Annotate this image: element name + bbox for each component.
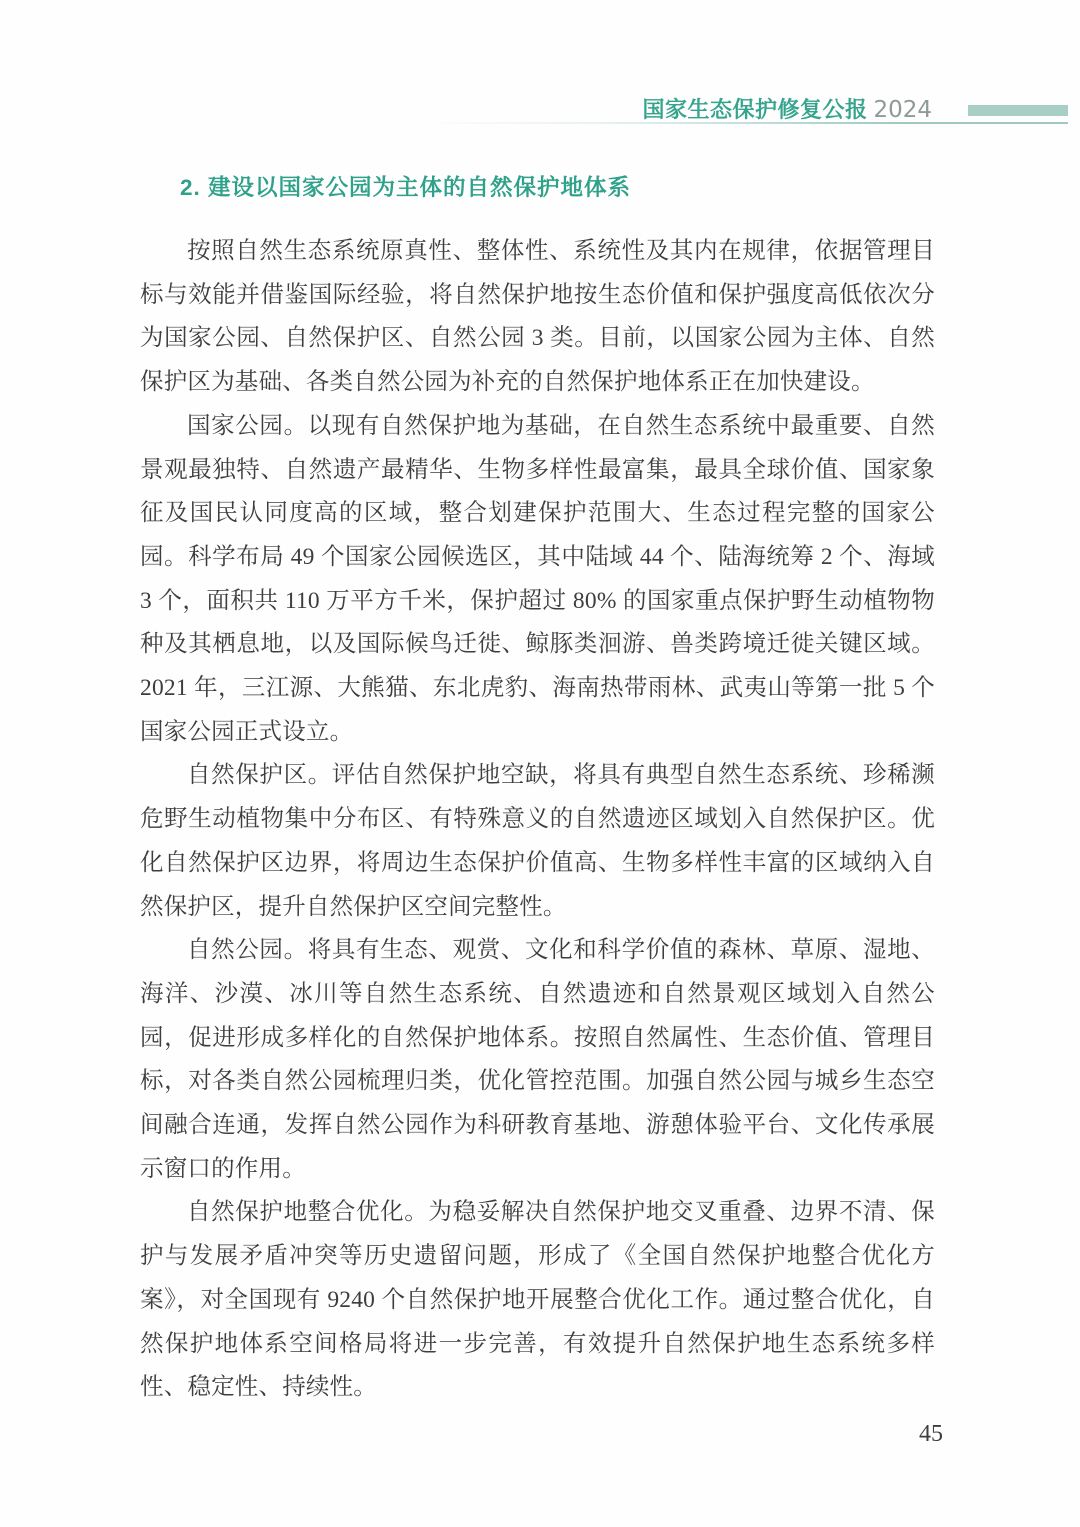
header-accent-bar <box>968 105 1068 116</box>
header-rule <box>420 122 1068 124</box>
header-year: 2024 <box>873 96 932 124</box>
page-number: 45 <box>919 1418 943 1450</box>
paragraph-intro: 按照自然生态系统原真性、整体性、系统性及其内在规律，依据管理目标与效能并借鉴国际… <box>140 230 935 405</box>
section-heading: 2. 建设以国家公园为主体的自然保护地体系 <box>180 170 935 206</box>
document-page: 国家生态保护修复公报 2024 2. 建设以国家公园为主体的自然保护地体系 按照… <box>0 0 1080 1527</box>
paragraph-national-parks: 国家公园。以现有自然保护地为基础，在自然生态系统中最重要、自然景观最独特、自然遗… <box>140 405 935 755</box>
page-body: 2. 建设以国家公园为主体的自然保护地体系 按照自然生态系统原真性、整体性、系统… <box>140 170 935 1410</box>
header-title: 国家生态保护修复公报 <box>642 96 867 124</box>
running-header: 国家生态保护修复公报 2024 <box>642 96 1068 124</box>
paragraph-nature-parks: 自然公园。将具有生态、观赏、文化和科学价值的森林、草原、湿地、海洋、沙漠、冰川等… <box>140 929 935 1191</box>
paragraph-integration-optimization: 自然保护地整合优化。为稳妥解决自然保护地交叉重叠、边界不清、保护与发展矛盾冲突等… <box>140 1191 935 1410</box>
paragraph-nature-reserves: 自然保护区。评估自然保护地空缺，将具有典型自然生态系统、珍稀濒危野生动植物集中分… <box>140 754 935 929</box>
